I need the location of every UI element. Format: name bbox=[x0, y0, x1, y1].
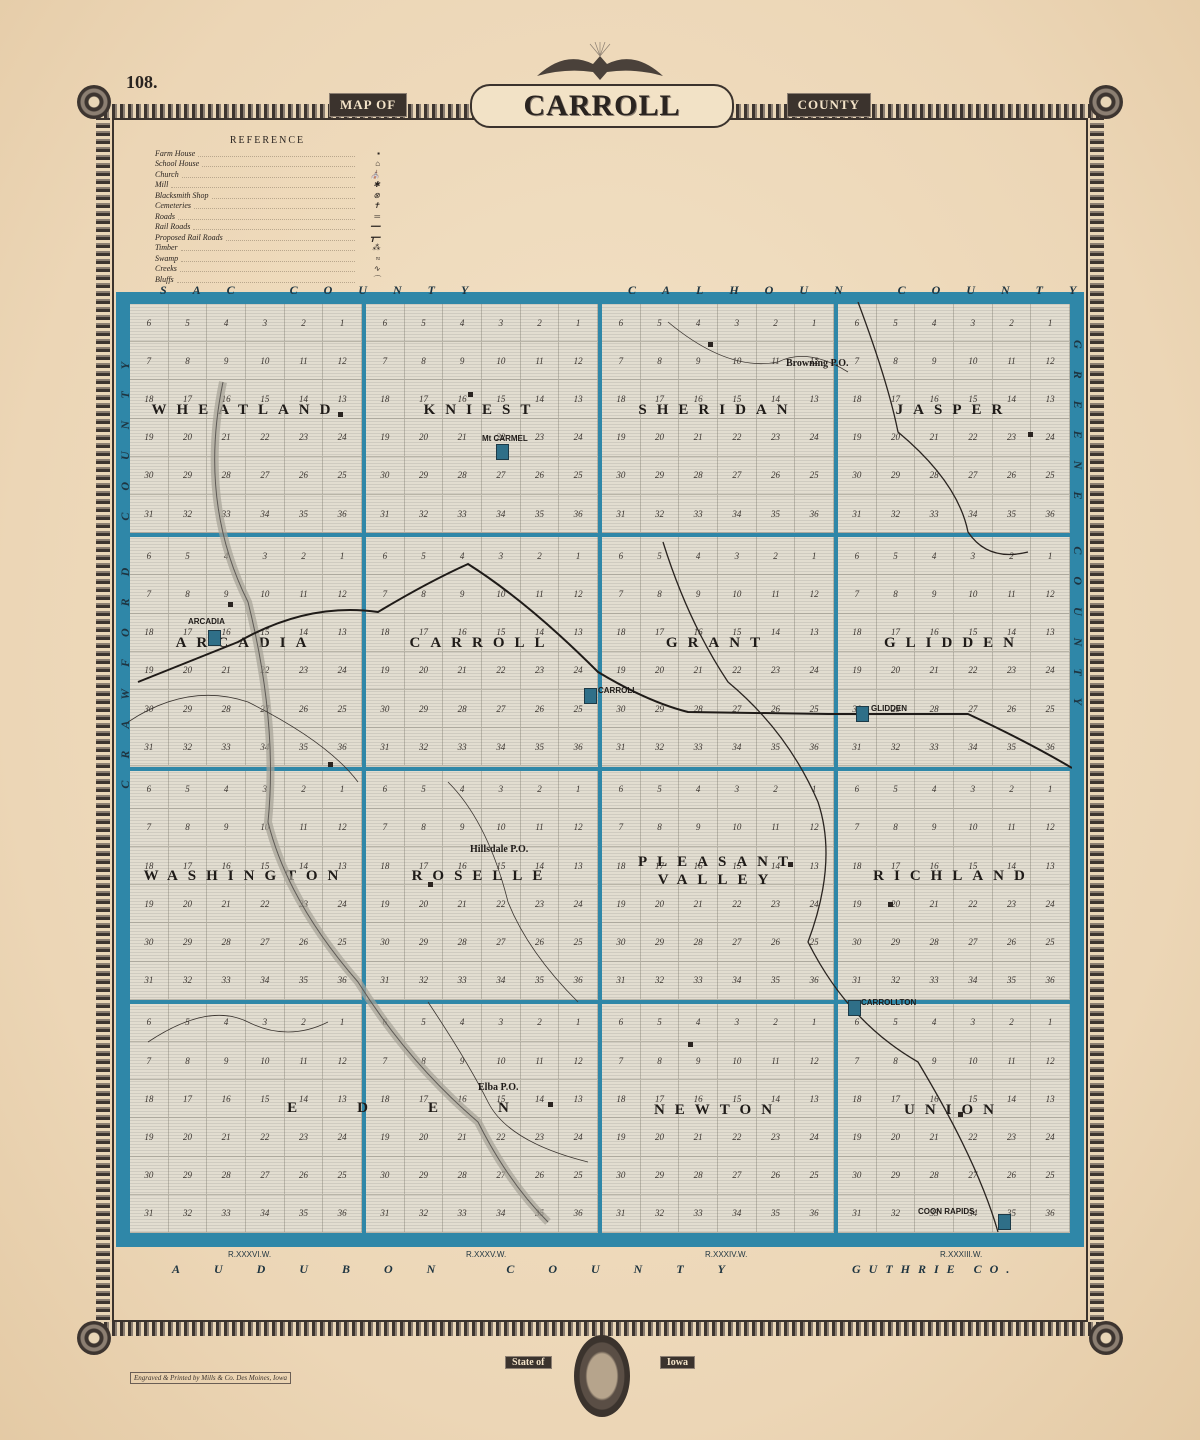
section-number: 2 bbox=[521, 1004, 560, 1042]
section-number: 20 bbox=[169, 419, 208, 457]
section-number: 7 bbox=[838, 809, 877, 847]
school-house-icon bbox=[688, 1042, 693, 1047]
section-number: 9 bbox=[207, 809, 246, 847]
section-number: 19 bbox=[602, 885, 641, 923]
section-number: 34 bbox=[246, 962, 285, 1000]
section-number: 34 bbox=[954, 728, 993, 766]
section-number: 2 bbox=[993, 771, 1032, 809]
state-seal-icon bbox=[574, 1335, 630, 1417]
section-number: 12 bbox=[1031, 809, 1070, 847]
section-number: 27 bbox=[482, 923, 521, 961]
section-number: 1 bbox=[323, 1004, 362, 1042]
section-number: 7 bbox=[130, 575, 169, 613]
section-number: 16 bbox=[207, 1080, 246, 1118]
school-house-icon bbox=[428, 882, 433, 887]
section-number: 12 bbox=[1031, 342, 1070, 380]
section-number: 24 bbox=[559, 419, 598, 457]
section-number: 9 bbox=[207, 575, 246, 613]
section-number: 6 bbox=[366, 1004, 405, 1042]
section-number: 2 bbox=[521, 771, 560, 809]
section-number: 32 bbox=[405, 728, 444, 766]
section-number: 24 bbox=[795, 1118, 834, 1156]
school-house-icon bbox=[338, 412, 343, 417]
section-number: 19 bbox=[838, 419, 877, 457]
section-number: 10 bbox=[954, 809, 993, 847]
section-number: 12 bbox=[795, 575, 834, 613]
section-number: 26 bbox=[993, 1157, 1032, 1195]
section-number: 7 bbox=[602, 1042, 641, 1080]
township-kniest: 6543217891011121817161514131920212223243… bbox=[364, 302, 600, 535]
section-number: 8 bbox=[877, 809, 916, 847]
section-number: 36 bbox=[559, 962, 598, 1000]
section-number: 20 bbox=[877, 1118, 916, 1156]
section-number: 8 bbox=[169, 1042, 208, 1080]
section-number: 35 bbox=[757, 728, 796, 766]
section-number: 35 bbox=[993, 962, 1032, 1000]
section-number: 4 bbox=[915, 304, 954, 342]
section-number: 22 bbox=[718, 652, 757, 690]
township-name: RICHLAND bbox=[838, 868, 1070, 885]
section-number: 10 bbox=[954, 342, 993, 380]
engraver-credit: Engraved & Printed by Mills & Co. Des Mo… bbox=[130, 1372, 291, 1384]
section-number: 8 bbox=[641, 575, 680, 613]
corner-ornament bbox=[77, 85, 111, 119]
legend-item: Swamp≈ bbox=[155, 253, 380, 264]
section-number: 20 bbox=[877, 885, 916, 923]
section-number: 21 bbox=[679, 885, 718, 923]
section-number: 5 bbox=[405, 537, 444, 575]
town-marker bbox=[584, 688, 597, 704]
town-marker bbox=[208, 630, 221, 646]
section-number: 23 bbox=[521, 1118, 560, 1156]
section-number: 31 bbox=[602, 962, 641, 1000]
legend-item: Proposed Rail Roads┳━ bbox=[155, 232, 380, 243]
section-number: 19 bbox=[602, 652, 641, 690]
section-number: 20 bbox=[405, 419, 444, 457]
section-number: 32 bbox=[169, 1195, 208, 1233]
section-number: 25 bbox=[559, 457, 598, 495]
section-number: 10 bbox=[954, 1042, 993, 1080]
section-number: 25 bbox=[1031, 457, 1070, 495]
section-number: 6 bbox=[838, 537, 877, 575]
section-number: 8 bbox=[169, 575, 208, 613]
section-number: 27 bbox=[482, 457, 521, 495]
range-label: R.XXXIII.W. bbox=[940, 1250, 982, 1259]
section-number: 36 bbox=[1031, 1195, 1070, 1233]
section-number: 3 bbox=[482, 304, 521, 342]
section-number: 3 bbox=[954, 1004, 993, 1042]
township-name: GLIDDEN bbox=[838, 635, 1070, 652]
section-number: 24 bbox=[1031, 652, 1070, 690]
section-number: 4 bbox=[679, 1004, 718, 1042]
section-number: 26 bbox=[757, 923, 796, 961]
section-number: 35 bbox=[521, 1195, 560, 1233]
section-number: 26 bbox=[521, 457, 560, 495]
section-number: 10 bbox=[482, 809, 521, 847]
section-number: 25 bbox=[1031, 923, 1070, 961]
section-number: 31 bbox=[130, 1195, 169, 1233]
section-number: 36 bbox=[323, 728, 362, 766]
legend-item: Creeks∿ bbox=[155, 264, 380, 275]
section-number: 29 bbox=[405, 690, 444, 728]
section-number: 3 bbox=[246, 304, 285, 342]
section-number: 4 bbox=[207, 304, 246, 342]
section-number: 21 bbox=[679, 419, 718, 457]
section-number: 26 bbox=[993, 690, 1032, 728]
section-number: 26 bbox=[757, 1157, 796, 1195]
section-number: 28 bbox=[679, 690, 718, 728]
legend-item: Farm House▪ bbox=[155, 148, 380, 159]
section-number: 22 bbox=[246, 419, 285, 457]
section-number: 18 bbox=[130, 1080, 169, 1118]
section-number: 6 bbox=[366, 537, 405, 575]
section-number: 21 bbox=[915, 1118, 954, 1156]
section-number: 29 bbox=[169, 690, 208, 728]
section-number: 25 bbox=[323, 1157, 362, 1195]
section-number: 3 bbox=[718, 1004, 757, 1042]
school-house-icon bbox=[228, 602, 233, 607]
section-number: 3 bbox=[954, 304, 993, 342]
section-number: 34 bbox=[718, 962, 757, 1000]
section-number: 29 bbox=[169, 923, 208, 961]
township-eden: 6543217891011121817161514131920212223243… bbox=[364, 1002, 600, 1235]
section-number: 30 bbox=[602, 690, 641, 728]
section-number: 23 bbox=[993, 885, 1032, 923]
section-number: 34 bbox=[246, 1195, 285, 1233]
section-number: 19 bbox=[366, 652, 405, 690]
section-number: 30 bbox=[130, 1157, 169, 1195]
section-number: 22 bbox=[718, 885, 757, 923]
section-number: 29 bbox=[877, 923, 916, 961]
section-number: 36 bbox=[323, 962, 362, 1000]
section-number: 1 bbox=[795, 1004, 834, 1042]
section-number: 27 bbox=[482, 1157, 521, 1195]
section-number: 24 bbox=[323, 419, 362, 457]
county-label-audubon: AUDUBON COUNTY bbox=[172, 1262, 759, 1277]
section-number: 31 bbox=[130, 728, 169, 766]
section-number: 8 bbox=[405, 809, 444, 847]
section-number: 7 bbox=[838, 1042, 877, 1080]
section-number: 35 bbox=[285, 728, 324, 766]
section-number: 6 bbox=[602, 1004, 641, 1042]
school-house-icon bbox=[788, 862, 793, 867]
section-number: 5 bbox=[641, 1004, 680, 1042]
section-number: 32 bbox=[405, 1195, 444, 1233]
section-number: 34 bbox=[482, 962, 521, 1000]
township-union: 6543217891011121817161514131920212223243… bbox=[836, 1002, 1072, 1235]
section-number: 32 bbox=[641, 495, 680, 533]
section-number: 1 bbox=[323, 537, 362, 575]
section-number: 11 bbox=[521, 1042, 560, 1080]
section-number: 1 bbox=[1031, 537, 1070, 575]
section-number: 33 bbox=[207, 962, 246, 1000]
section-number: 8 bbox=[169, 809, 208, 847]
section-number: 22 bbox=[482, 1118, 521, 1156]
section-number: 9 bbox=[679, 575, 718, 613]
section-number: 22 bbox=[954, 1118, 993, 1156]
section-number: 2 bbox=[285, 771, 324, 809]
section-number: 2 bbox=[993, 304, 1032, 342]
section-number: 22 bbox=[954, 885, 993, 923]
section-number: 2 bbox=[757, 537, 796, 575]
section-number: 20 bbox=[405, 652, 444, 690]
section-number: 6 bbox=[838, 771, 877, 809]
section-number: 19 bbox=[838, 652, 877, 690]
section-number: 12 bbox=[323, 1042, 362, 1080]
section-number: 8 bbox=[877, 1042, 916, 1080]
county-label-sac: SAC COUNTY bbox=[160, 283, 494, 298]
section-number: 27 bbox=[954, 690, 993, 728]
township-jasper: 6543217891011121817161514131920212223243… bbox=[836, 302, 1072, 535]
section-number: 24 bbox=[795, 652, 834, 690]
section-number: 3 bbox=[246, 1004, 285, 1042]
section-number: 4 bbox=[679, 771, 718, 809]
section-number: 21 bbox=[207, 885, 246, 923]
bottom-banner: State of Iowa bbox=[505, 1352, 695, 1372]
section-number: 6 bbox=[602, 304, 641, 342]
section-number: 32 bbox=[877, 728, 916, 766]
section-number: 20 bbox=[169, 885, 208, 923]
section-number: 31 bbox=[130, 495, 169, 533]
section-number: 8 bbox=[405, 342, 444, 380]
section-number: 21 bbox=[443, 1118, 482, 1156]
corner-ornament bbox=[1089, 85, 1123, 119]
section-number: 5 bbox=[641, 537, 680, 575]
township-name: UNION bbox=[838, 1102, 1070, 1119]
section-number: 21 bbox=[679, 652, 718, 690]
section-number: 2 bbox=[993, 1004, 1032, 1042]
section-number: 12 bbox=[1031, 575, 1070, 613]
section-number: 25 bbox=[1031, 1157, 1070, 1195]
section-number: 25 bbox=[795, 923, 834, 961]
section-number: 1 bbox=[795, 304, 834, 342]
section-number: 36 bbox=[559, 728, 598, 766]
section-number: 5 bbox=[169, 771, 208, 809]
section-number: 36 bbox=[1031, 962, 1070, 1000]
school-house-icon bbox=[888, 902, 893, 907]
township-name: WASHINGTON bbox=[130, 868, 362, 885]
section-number: 4 bbox=[443, 771, 482, 809]
section-number: 7 bbox=[366, 575, 405, 613]
section-number: 29 bbox=[405, 457, 444, 495]
town-marker bbox=[998, 1214, 1011, 1230]
section-number: 26 bbox=[521, 690, 560, 728]
section-number: 27 bbox=[246, 1157, 285, 1195]
section-number: 29 bbox=[877, 1157, 916, 1195]
section-number: 21 bbox=[443, 652, 482, 690]
section-number: 31 bbox=[366, 728, 405, 766]
section-number: 4 bbox=[679, 537, 718, 575]
section-number: 10 bbox=[718, 342, 757, 380]
corner-ornament bbox=[1089, 1321, 1123, 1355]
church-icon: ⛪ bbox=[358, 170, 380, 179]
section-number: 5 bbox=[877, 304, 916, 342]
section-number: 4 bbox=[915, 771, 954, 809]
section-number: 31 bbox=[838, 495, 877, 533]
section-number: 8 bbox=[405, 1042, 444, 1080]
section-number: 12 bbox=[559, 342, 598, 380]
section-number: 10 bbox=[246, 1042, 285, 1080]
section-number: 36 bbox=[323, 495, 362, 533]
section-number: 36 bbox=[795, 1195, 834, 1233]
section-number: 20 bbox=[877, 419, 916, 457]
section-number: 34 bbox=[246, 728, 285, 766]
section-number: 31 bbox=[602, 495, 641, 533]
section-number: 5 bbox=[169, 537, 208, 575]
section-number: 10 bbox=[482, 575, 521, 613]
section-number: 22 bbox=[718, 1118, 757, 1156]
section-number: 9 bbox=[207, 1042, 246, 1080]
timber-icon: ⁂ bbox=[358, 243, 380, 252]
section-number: 35 bbox=[757, 962, 796, 1000]
section-number: 11 bbox=[521, 342, 560, 380]
section-number: 6 bbox=[130, 537, 169, 575]
township-pleasant-valley: 6543217891011121817161514131920212223243… bbox=[600, 769, 836, 1002]
section-number: 22 bbox=[246, 652, 285, 690]
section-number: 28 bbox=[207, 923, 246, 961]
section-number: 22 bbox=[954, 419, 993, 457]
section-number: 34 bbox=[246, 495, 285, 533]
township-arcadia: 6543217891011121817161514131920212223243… bbox=[128, 535, 364, 768]
section-number: 35 bbox=[521, 728, 560, 766]
town-name: GLIDDEN bbox=[871, 704, 907, 713]
section-number: 26 bbox=[993, 923, 1032, 961]
section-number: 34 bbox=[954, 495, 993, 533]
section-number: 23 bbox=[993, 1118, 1032, 1156]
section-number: 10 bbox=[718, 809, 757, 847]
school-house-icon bbox=[468, 392, 473, 397]
legend-item: Blacksmith Shop⊗ bbox=[155, 190, 380, 201]
section-number: 3 bbox=[482, 537, 521, 575]
section-number: 10 bbox=[482, 1042, 521, 1080]
range-label: R.XXXVI.W. bbox=[228, 1250, 271, 1259]
eagle-icon bbox=[535, 42, 665, 82]
section-number: 11 bbox=[521, 575, 560, 613]
cemetery-icon: ✝ bbox=[358, 201, 380, 210]
section-number: 27 bbox=[246, 690, 285, 728]
section-number: 12 bbox=[1031, 1042, 1070, 1080]
township-name: ARCADIA bbox=[130, 635, 362, 652]
section-number: 12 bbox=[795, 809, 834, 847]
township-roselle: 6543217891011121817161514131920212223243… bbox=[364, 769, 600, 1002]
section-number: 8 bbox=[641, 342, 680, 380]
section-number: 31 bbox=[130, 962, 169, 1000]
legend-item: Mill✱ bbox=[155, 180, 380, 191]
section-number: 23 bbox=[757, 419, 796, 457]
section-number: 3 bbox=[954, 771, 993, 809]
section-number: 36 bbox=[795, 495, 834, 533]
section-number: 12 bbox=[323, 809, 362, 847]
post-office-label: Browning P.O. bbox=[786, 358, 849, 369]
title-map-of: Map of bbox=[330, 94, 406, 116]
section-number: 5 bbox=[641, 771, 680, 809]
section-number: 28 bbox=[443, 923, 482, 961]
section-number: 34 bbox=[718, 495, 757, 533]
section-number: 1 bbox=[559, 1004, 598, 1042]
section-number: 29 bbox=[641, 457, 680, 495]
section-number: 10 bbox=[954, 575, 993, 613]
section-number: 24 bbox=[559, 1118, 598, 1156]
section-number: 24 bbox=[795, 419, 834, 457]
reference-legend: REFERENCE Farm House▪ School House⌂ Chur… bbox=[155, 135, 380, 285]
town-marker bbox=[848, 1000, 861, 1016]
town-name: CARROLLTON bbox=[861, 998, 916, 1007]
town-name: CARROLL bbox=[598, 686, 637, 695]
section-number: 24 bbox=[323, 1118, 362, 1156]
section-number: 19 bbox=[130, 652, 169, 690]
section-number: 3 bbox=[718, 537, 757, 575]
section-number: 9 bbox=[915, 1042, 954, 1080]
township-name: NEWTON bbox=[602, 1102, 834, 1119]
section-number: 21 bbox=[915, 652, 954, 690]
section-number: 31 bbox=[838, 962, 877, 1000]
legend-item: Roads═ bbox=[155, 211, 380, 222]
township-name: PLEASANT VALLEY bbox=[602, 854, 834, 889]
section-number: 21 bbox=[207, 1118, 246, 1156]
section-number: 29 bbox=[641, 1157, 680, 1195]
section-number: 6 bbox=[366, 304, 405, 342]
section-number: 28 bbox=[679, 923, 718, 961]
section-number: 32 bbox=[877, 1195, 916, 1233]
section-number: 33 bbox=[915, 495, 954, 533]
section-number: 11 bbox=[285, 342, 324, 380]
section-number: 1 bbox=[323, 771, 362, 809]
section-number: 9 bbox=[443, 1042, 482, 1080]
section-number: 35 bbox=[521, 495, 560, 533]
section-number: 23 bbox=[521, 652, 560, 690]
township-glidden: 6543217891011121817161514131920212223243… bbox=[836, 535, 1072, 768]
post-office-label: Hillsdale P.O. bbox=[470, 844, 528, 855]
section-number: 26 bbox=[285, 690, 324, 728]
town-marker bbox=[856, 706, 869, 722]
section-number: 11 bbox=[521, 809, 560, 847]
map-title: CARROLL bbox=[470, 84, 734, 128]
section-number: 31 bbox=[366, 495, 405, 533]
section-number: 10 bbox=[718, 575, 757, 613]
section-number: 3 bbox=[718, 771, 757, 809]
section-number: 28 bbox=[915, 457, 954, 495]
county-map: 6543217891011121817161514131920212223243… bbox=[116, 292, 1084, 1247]
section-number: 33 bbox=[443, 495, 482, 533]
section-number: 29 bbox=[169, 457, 208, 495]
section-number: 9 bbox=[443, 575, 482, 613]
school-house-icon bbox=[328, 762, 333, 767]
section-number: 7 bbox=[130, 342, 169, 380]
township-name-eden: EDEN bbox=[248, 1100, 608, 1117]
section-number: 2 bbox=[521, 304, 560, 342]
section-number: 23 bbox=[285, 419, 324, 457]
section-number: 5 bbox=[405, 1004, 444, 1042]
section-number: 19 bbox=[602, 419, 641, 457]
section-number: 26 bbox=[285, 923, 324, 961]
section-number: 35 bbox=[285, 495, 324, 533]
township-newton: 6543217891011121817161514131920212223243… bbox=[600, 1002, 836, 1235]
section-number: 24 bbox=[559, 885, 598, 923]
section-number: 25 bbox=[559, 923, 598, 961]
section-number: 21 bbox=[207, 652, 246, 690]
post-office-label: Elba P.O. bbox=[478, 1082, 518, 1093]
section-number: 35 bbox=[993, 495, 1032, 533]
section-number: 6 bbox=[602, 771, 641, 809]
section-number: 11 bbox=[993, 342, 1032, 380]
section-number: 27 bbox=[718, 1157, 757, 1195]
section-number: 21 bbox=[443, 419, 482, 457]
section-number: 12 bbox=[323, 342, 362, 380]
section-number: 30 bbox=[838, 457, 877, 495]
section-number: 21 bbox=[915, 419, 954, 457]
section-number: 24 bbox=[1031, 1118, 1070, 1156]
town-name: ARCADIA bbox=[188, 617, 225, 626]
